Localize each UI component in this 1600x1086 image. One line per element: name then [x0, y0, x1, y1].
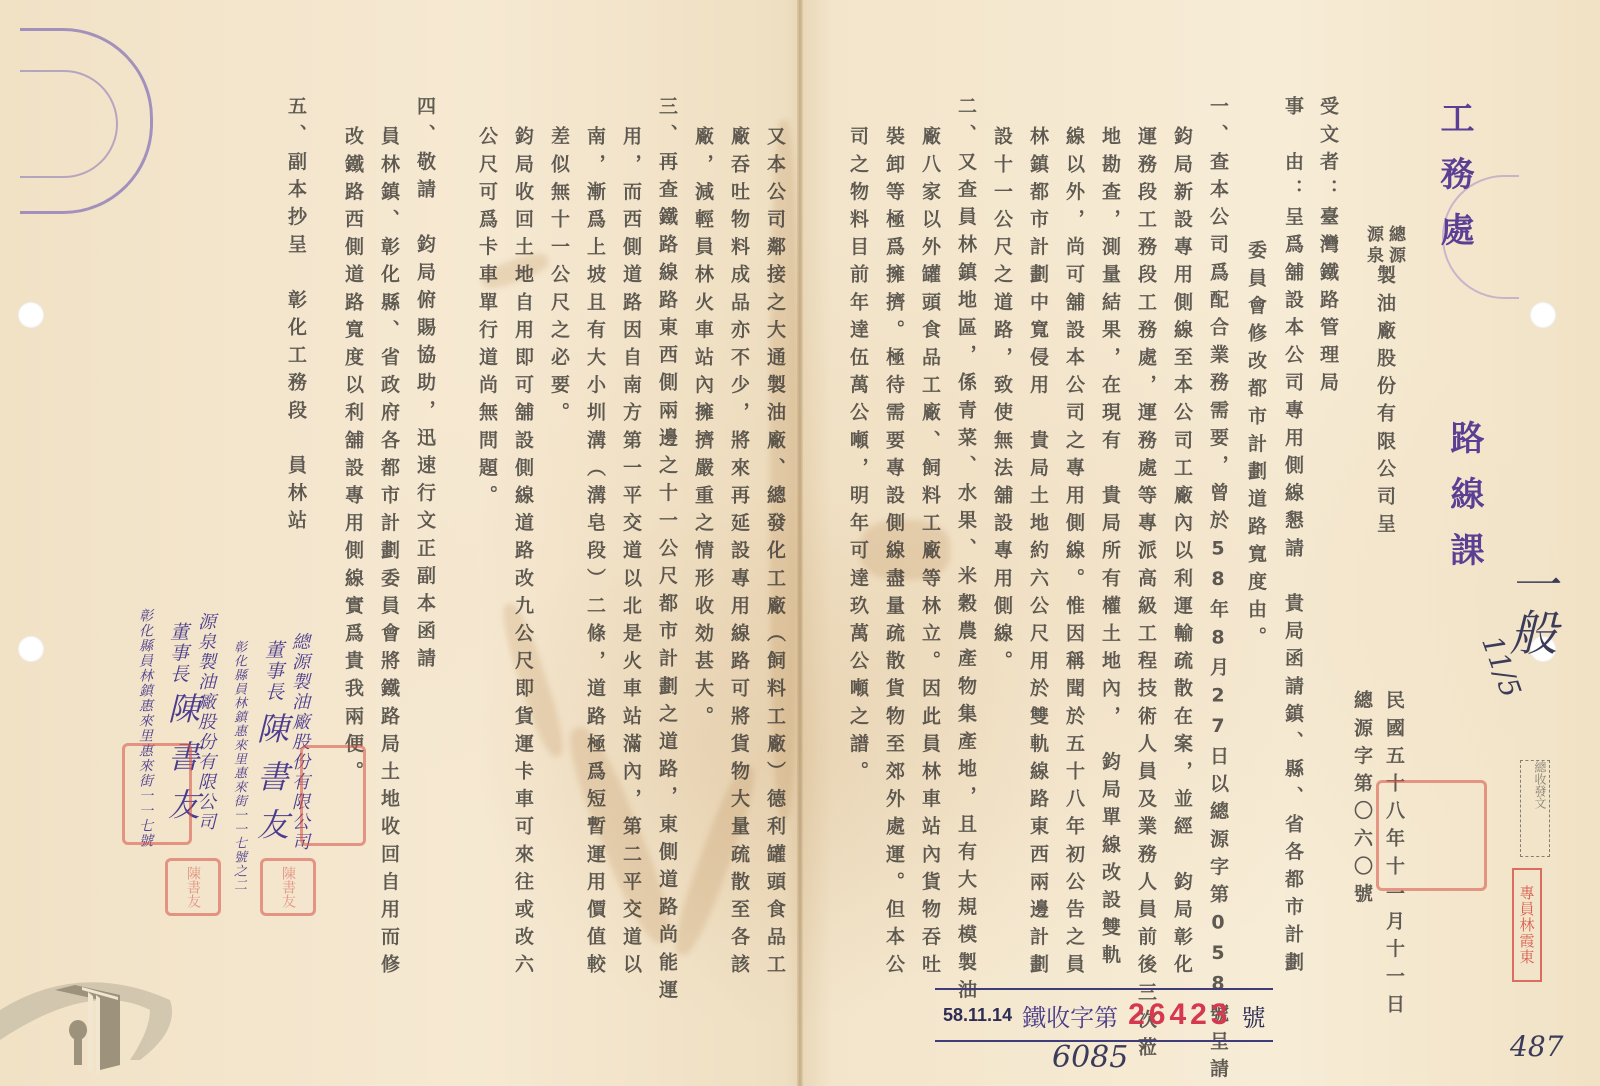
subject-block: 事 由：呈爲舖設本公司專用側線懇請 貴局函請鎮、縣、省各都市計劃 — [1283, 96, 1302, 979]
subject-label: 事 由 — [1282, 96, 1304, 179]
para-1-line-5: 線以外，尚可舖設本公司之專用側線。惟因稱聞於五十八年初公告之員 — [1064, 126, 1083, 982]
section-stamp: 路線課 — [1440, 420, 1489, 588]
company-seal-right — [1376, 780, 1487, 891]
para-3-line-1: 三、再查鐵路線路東西側兩邊之十一公尺都市計劃之道路，東側道路尚能運 — [657, 96, 676, 1007]
recipient-block: 受文者：臺灣鐵路管理局 — [1318, 96, 1337, 400]
recipient-label: 受文者 — [1317, 96, 1339, 179]
para-1-line-2: 鈞局新設專用側線至本公司工廠內以利運輸疏散在案，並經 鈞局彰化 — [1172, 126, 1191, 982]
receipt-stamp: 58.11.14 鐵收字第 26423 號 — [935, 988, 1273, 1042]
para-3-line-4: 差似無十一公尺之必要。 — [549, 126, 568, 430]
para-3-line-5: 鈞局收回土地自用即可舖設側線道路改九公尺即貨運卡車可來往或改六 — [513, 126, 532, 982]
para-2b-line-2: 廠吞吐物料成品亦不少，將來再延設專用線路可將貨物大量疏散至各該 — [729, 126, 748, 982]
office-stamp: 工務處 — [1430, 100, 1479, 268]
archive-logo-icon — [0, 940, 180, 1085]
para-1-line-4: 地勘查，測量結果，在現有 貴局所有權土地內， 鈞局單線改設雙軌 — [1100, 126, 1119, 972]
receipt-suffix: 號 — [1242, 998, 1266, 1033]
company-seal — [122, 743, 192, 845]
punch-hole — [18, 636, 44, 662]
handwritten-corner-number: 487 — [1510, 1030, 1563, 1063]
personal-seal: 陳書友 — [165, 858, 221, 916]
dotted-received-stamp: 總收發文 — [1520, 760, 1550, 857]
para-2b-line-3: 廠，減輕員林火車站內擁擠嚴重之情形收効甚大。 — [693, 126, 712, 733]
receipt-label: 鐵收字第 — [1022, 998, 1118, 1033]
para-1-line-6: 林鎮都市計劃中寬侵用 貴局土地約六公尺用於雙軌線路東西兩邊計劃 — [1028, 126, 1047, 982]
para-4-line-2: 員林鎮、彰化縣、省政府各都市計劃委員會將鐵路局土地收回自用而修 — [379, 126, 398, 982]
para-1-line-1: 一、查本公司爲配合業務需要，曾於58年8月27日以總源字第058號呈請 — [1208, 96, 1227, 1086]
handwritten-number: 6085 — [1052, 1040, 1128, 1075]
para-1-line-3: 運務段工務段工務處，運務處等專派高級工程技術人員及業務人員前後三次蒞 — [1136, 126, 1155, 1064]
sender-prefix-2: 源泉 — [1364, 225, 1381, 267]
para-4-line-3: 改鐵路西側道路寬度以利舖設專用側線實爲貴我兩便。 — [343, 126, 362, 788]
signature-address-1: 彰化縣員林鎮惠來里惠來街一一七號之二 — [232, 640, 245, 892]
signature-title-1: 董事長 — [263, 640, 282, 703]
para-3-line-3: 南，漸爲上坡且有大小圳溝（溝皂段）二條，道路極爲短暫運用價值較 — [585, 126, 604, 982]
signature-title-2: 董事長 — [168, 622, 187, 685]
para-2-line-4: 司之物料目前年達伍萬公噸，明年可達玖萬公噸之譜。 — [848, 126, 867, 788]
sender-prefix-1: 總源 — [1386, 225, 1403, 267]
para-2-line-3: 裝卸等極爲擁擠。極待需要專設側線盡量疏散貨物至郊外處運。但本公 — [884, 126, 903, 982]
subject-line-2: 委員會修改都市計劃道路寬度由。 — [1246, 240, 1265, 654]
sender-company: 製油廠股份有限公司呈 — [1375, 265, 1394, 541]
staff-seal: 專員林霞東 — [1512, 868, 1542, 982]
subject-line-1: 呈爲舖設本公司專用側線懇請 貴局函請鎮、縣、省各都市計劃 — [1282, 206, 1304, 979]
para-4-line-1: 四、敬請 鈞局俯賜協助，迅速行文正副本函請 — [415, 96, 434, 676]
para-1-line-7: 設十一公尺之道路，致使無法舖設專用側線。 — [992, 126, 1011, 678]
signature-name-1: 陳書友 — [255, 712, 287, 856]
personal-seal: 陳書友 — [260, 858, 316, 916]
para-2-line-2: 廠八家以外罐頭食品工廠、飼料工廠等林立。因此員林車站內貨物吞吐 — [920, 126, 939, 982]
punch-hole — [18, 302, 44, 328]
punch-hole — [1530, 302, 1556, 328]
para-3-line-6: 公尺可爲卡車單行道尚無問題。 — [477, 126, 496, 512]
para-5-line-1: 五、副本抄呈 彰化工務段 員林站 — [286, 96, 305, 538]
para-2-line-1: 二、又查員林鎮地區，係青菜、水果、米穀農產物集產地，且有大規模製油 — [956, 96, 975, 1007]
reference-number: 總源字第〇六〇號 — [1352, 690, 1371, 911]
company-seal — [300, 745, 366, 846]
para-2b-line-1: 又本公司鄰接之大通製油廠、總發化工廠（飼料工廠）德利罐頭食品工 — [765, 126, 784, 982]
receipt-number: 26423 — [1128, 998, 1231, 1032]
receipt-date: 58.11.14 — [943, 1005, 1012, 1026]
para-3-line-2: 用，而西側道路因自南方第一平交道以北是火車站滿內，第二平交道以 — [621, 126, 640, 982]
recipient-value: 臺灣鐵路管理局 — [1317, 206, 1339, 399]
